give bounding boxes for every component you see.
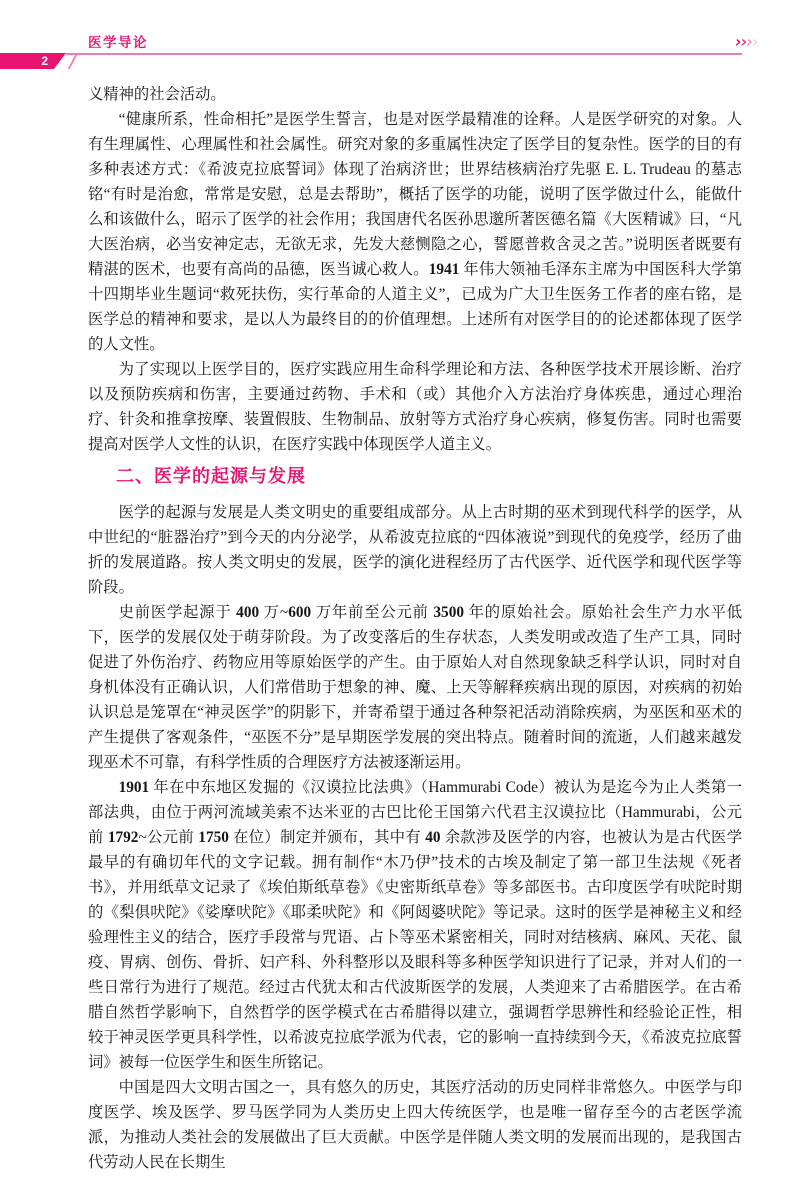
header-rule — [66, 53, 742, 55]
page-number-tab: 2 — [0, 53, 66, 69]
paragraph-continuation: 义精神的社会活动。 — [88, 82, 742, 107]
paragraph-origin-overview: 医学的起源与发展是人类文明史的重要组成部分。从上古时期的巫术到现代科学的医学，从… — [88, 500, 742, 600]
header-slash-decoration — [68, 53, 79, 69]
section-heading: 二、医学的起源与发展 — [88, 464, 742, 488]
paragraph-medical-practice: 为了实现以上医学目的，医疗实践应用生命科学理论和方法、各种医学技术开展诊断、治疗… — [88, 357, 742, 457]
chevron-right-icon: ›››› — [734, 34, 759, 50]
paragraph-medical-motto: “健康所系，性命相托”是医学生誓言，也是对医学最精准的诠释。人是医学研究的对象。… — [88, 107, 742, 357]
paragraph-prehistoric-medicine: 史前医学起源于 400 万~600 万年前至公元前 3500 年的原始社会。原始… — [88, 600, 742, 775]
page-body: 义精神的社会活动。 “健康所系，性命相托”是医学生誓言，也是对医学最精准的诠释。… — [88, 82, 742, 1175]
page-number: 2 — [41, 54, 48, 68]
textbook-page: 医学导论 2 ›››› 义精神的社会活动。 “健康所系，性命相托”是医学生誓言，… — [0, 0, 800, 1200]
running-head-book-title: 医学导论 — [88, 31, 148, 51]
paragraph-ancient-civilizations: 1901 年在中东地区发掘的《汉谟拉比法典》（Hammurabi Code）被认… — [88, 775, 742, 1075]
paragraph-chinese-medicine: 中国是四大文明古国之一，具有悠久的历史，其医疗活动的历史同样非常悠久。中医学与印… — [88, 1075, 742, 1175]
